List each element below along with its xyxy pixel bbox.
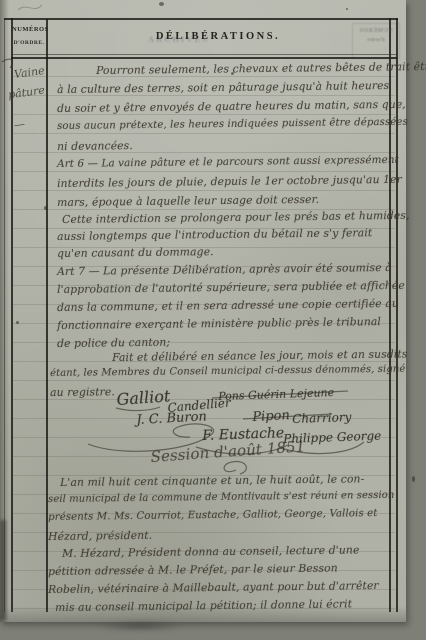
ink-speck bbox=[346, 8, 348, 10]
ink-speck bbox=[159, 2, 164, 6]
ink-speck bbox=[231, 72, 234, 75]
edge-mark bbox=[412, 476, 415, 482]
ink-speck bbox=[16, 321, 19, 324]
ink-flourishes bbox=[0, 0, 426, 640]
ink-speck bbox=[44, 206, 47, 210]
signature-underline-galliot bbox=[116, 407, 160, 411]
pencil-scribble-top bbox=[18, 5, 42, 10]
signature-strike-2 bbox=[243, 414, 332, 419]
heading-flourish bbox=[224, 461, 246, 474]
register-page-scan: NUMÉROS D'ORDRE. ARCHIVES DÉLIBÉRATIONS.… bbox=[0, 0, 426, 640]
signature-swash-george bbox=[280, 442, 364, 454]
bottom-shadow bbox=[0, 606, 406, 622]
signature-strike-1 bbox=[212, 391, 348, 398]
signature-paraph-buron bbox=[88, 424, 214, 451]
margin-hook-mark bbox=[2, 59, 12, 68]
signature-swash-eustache bbox=[196, 445, 288, 454]
